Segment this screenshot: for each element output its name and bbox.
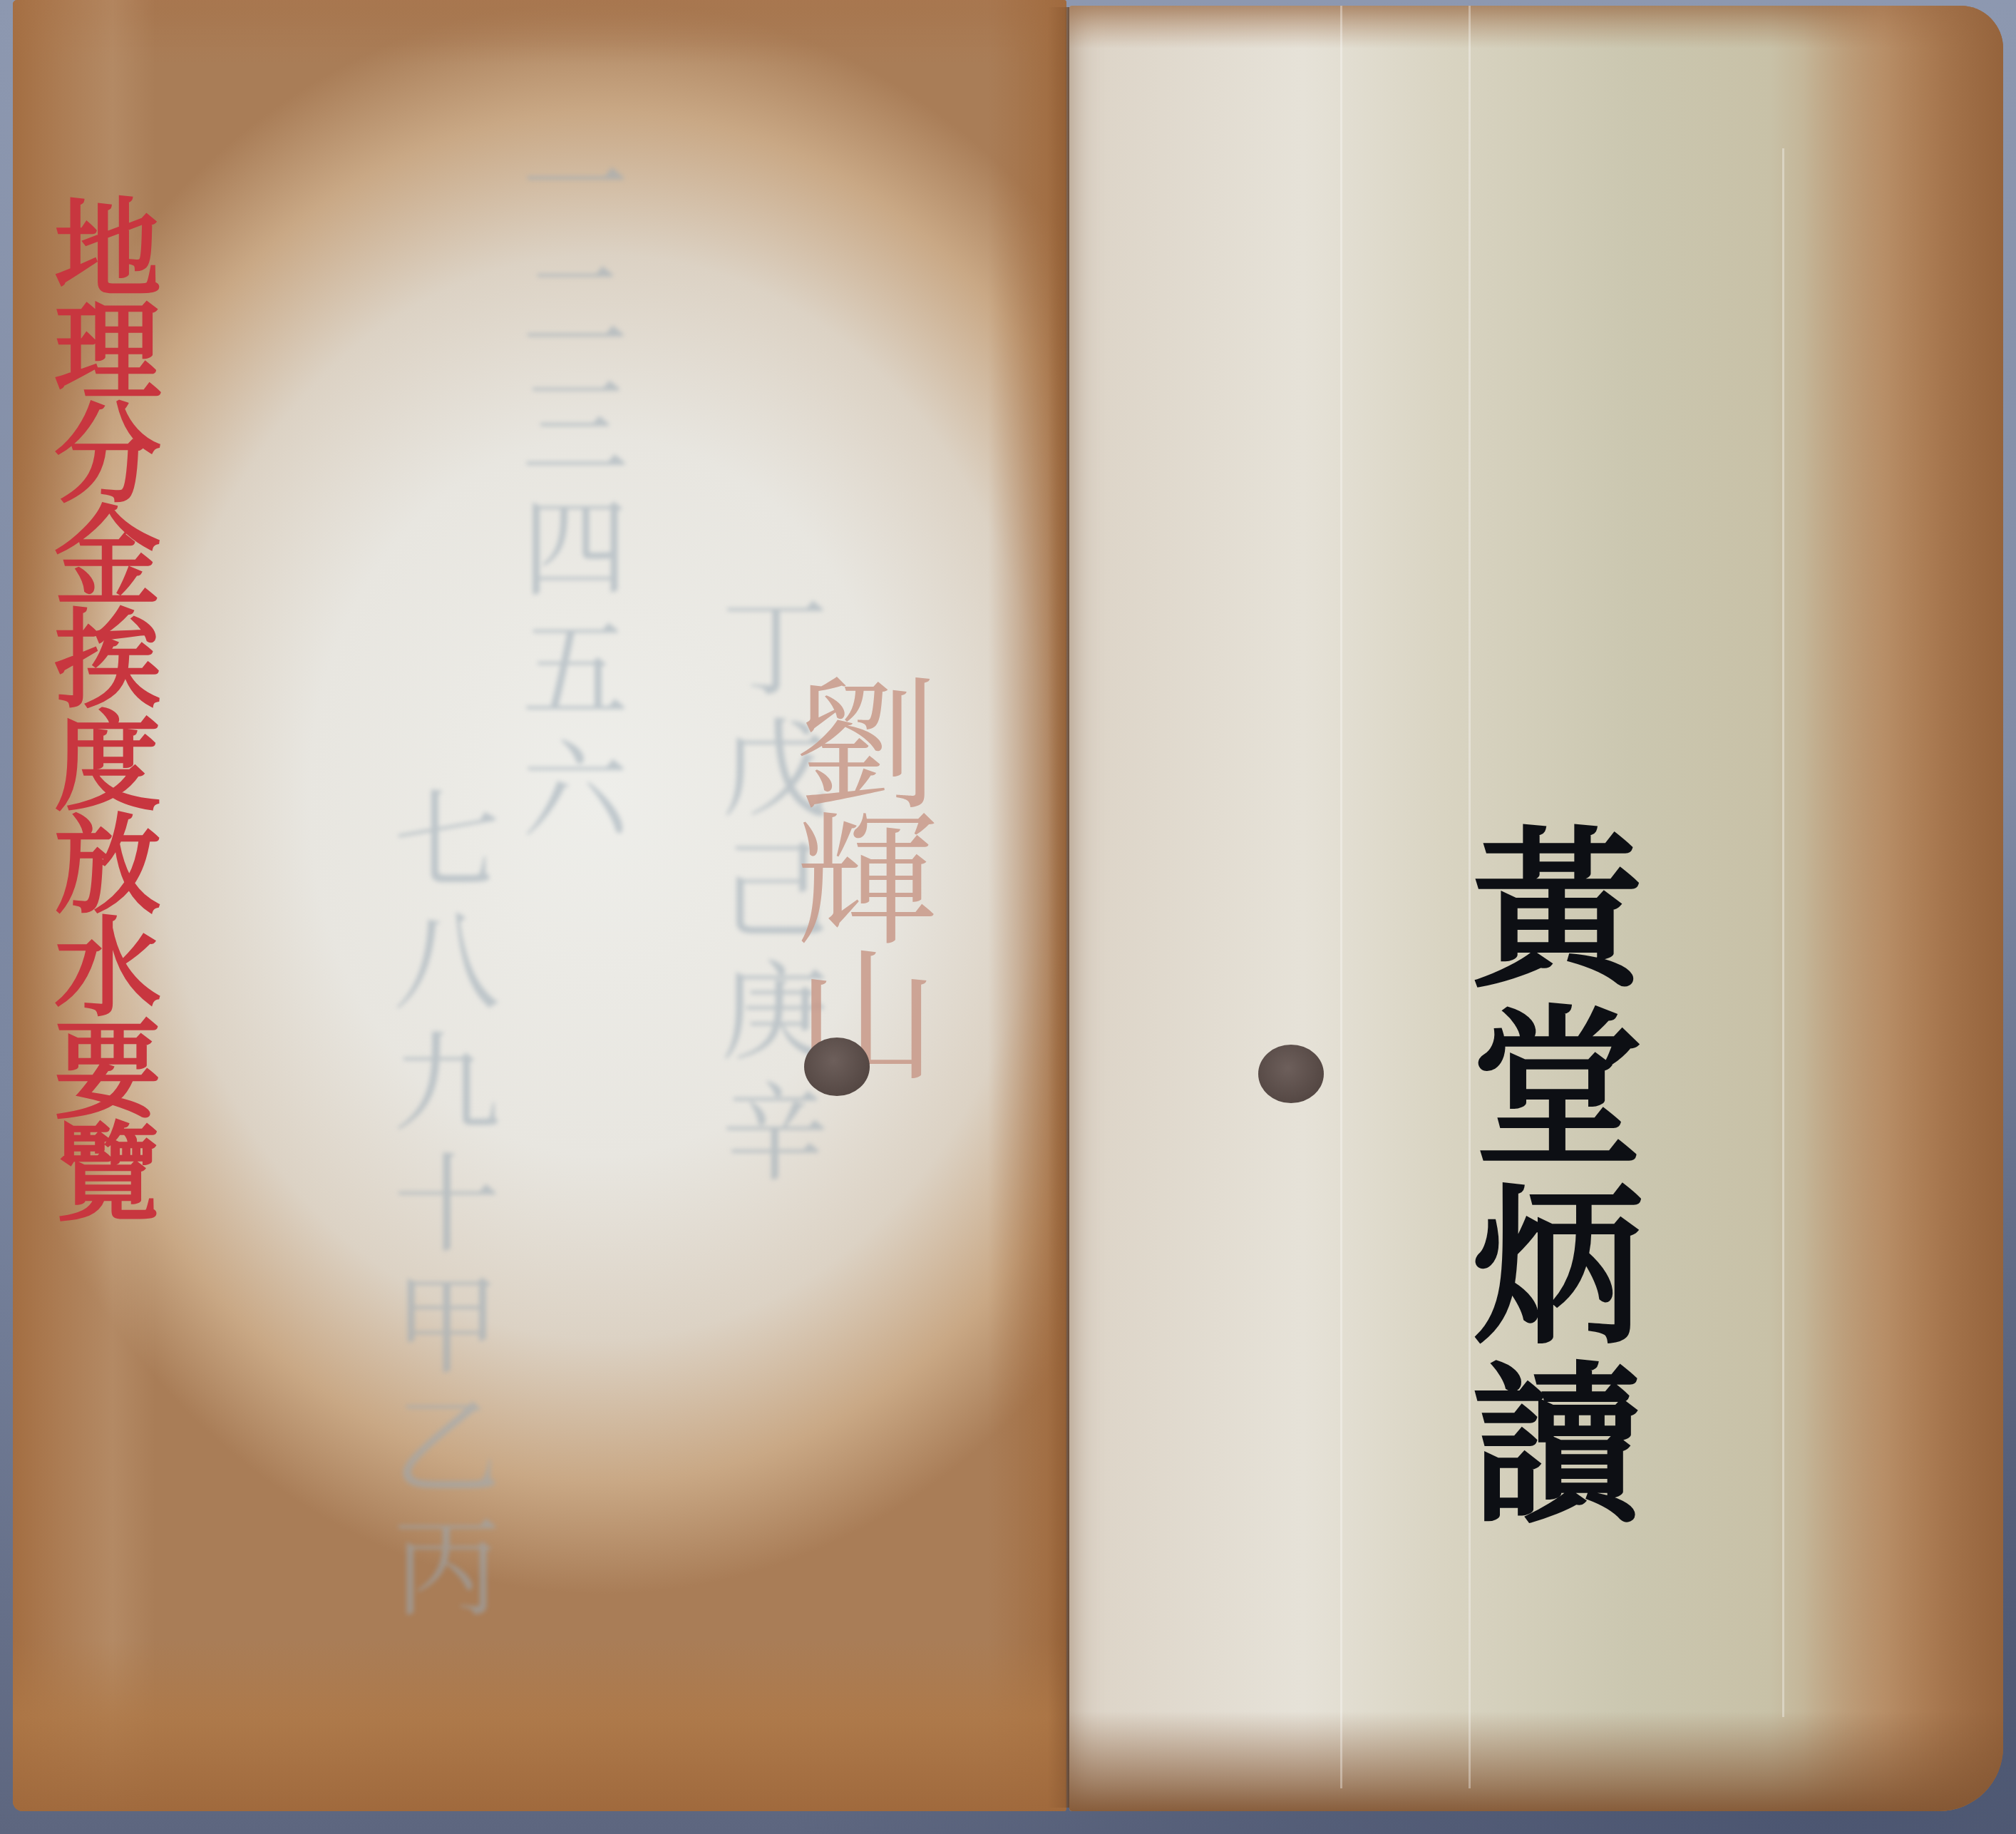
paper-crease <box>1782 148 1784 1717</box>
water-stain-right <box>1804 6 2003 1811</box>
red-calligraphy-title: 地理分金挨度放水要覽 <box>45 193 152 1219</box>
left-page: 一二三四五六 七八九十甲乙丙 丁戊己庚辛 地理分金挨度放水要覽 劉輝山 <box>13 0 1066 1811</box>
binding-hole-left <box>804 1038 870 1096</box>
binding-hole-right <box>1258 1045 1324 1103</box>
water-stain-bottom <box>13 1640 1066 1811</box>
water-stain-top <box>13 0 1066 64</box>
bleed-through-text: 一二三四五六 <box>512 128 619 856</box>
bleed-through-text: 七八九十甲乙丙 <box>384 784 490 1633</box>
paper-crease <box>1340 6 1342 1788</box>
owner-name-mark: 劉輝山 <box>783 670 925 1077</box>
black-calligraphy-title: 黃堂炳讀 <box>1458 820 1629 1533</box>
water-stain-bottom <box>1069 1711 2003 1811</box>
